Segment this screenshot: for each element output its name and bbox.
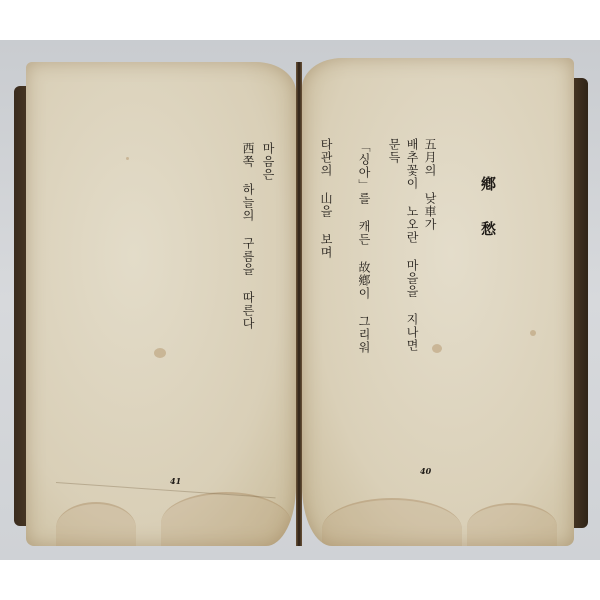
water-stain	[56, 502, 136, 546]
water-stain	[322, 498, 462, 546]
water-stain	[161, 492, 291, 546]
poem-line: 마음은	[262, 142, 274, 181]
poem-line: 「싱아」를 캐든 故鄕이 그리워	[358, 140, 370, 354]
page-number: 40	[420, 466, 431, 476]
poem-line: 문득	[388, 138, 400, 164]
poem-line: 西쪽 하늘의 구름을 따른다	[242, 142, 254, 330]
foxing-spot	[432, 344, 442, 353]
foxing-spot	[126, 157, 129, 160]
poem-title: 鄕愁	[480, 176, 495, 266]
poem-line: 타관의 山을 보며	[320, 138, 332, 259]
poem-line: 五月의 낮車가	[424, 138, 436, 231]
left-page: 마음은 西쪽 하늘의 구름을 따른다 41	[26, 62, 296, 546]
page-crease	[56, 482, 276, 498]
water-stain	[467, 503, 557, 546]
foxing-spot	[154, 348, 166, 358]
right-page: 鄕愁 五月의 낮車가 배추꽃이 노오란 마을을 지나면 문득 「싱아」를 캐든 …	[302, 58, 574, 546]
foxing-spot	[530, 330, 536, 336]
page-number: 41	[170, 476, 181, 486]
poem-line: 배추꽃이 노오란 마을을 지나면	[406, 138, 418, 352]
